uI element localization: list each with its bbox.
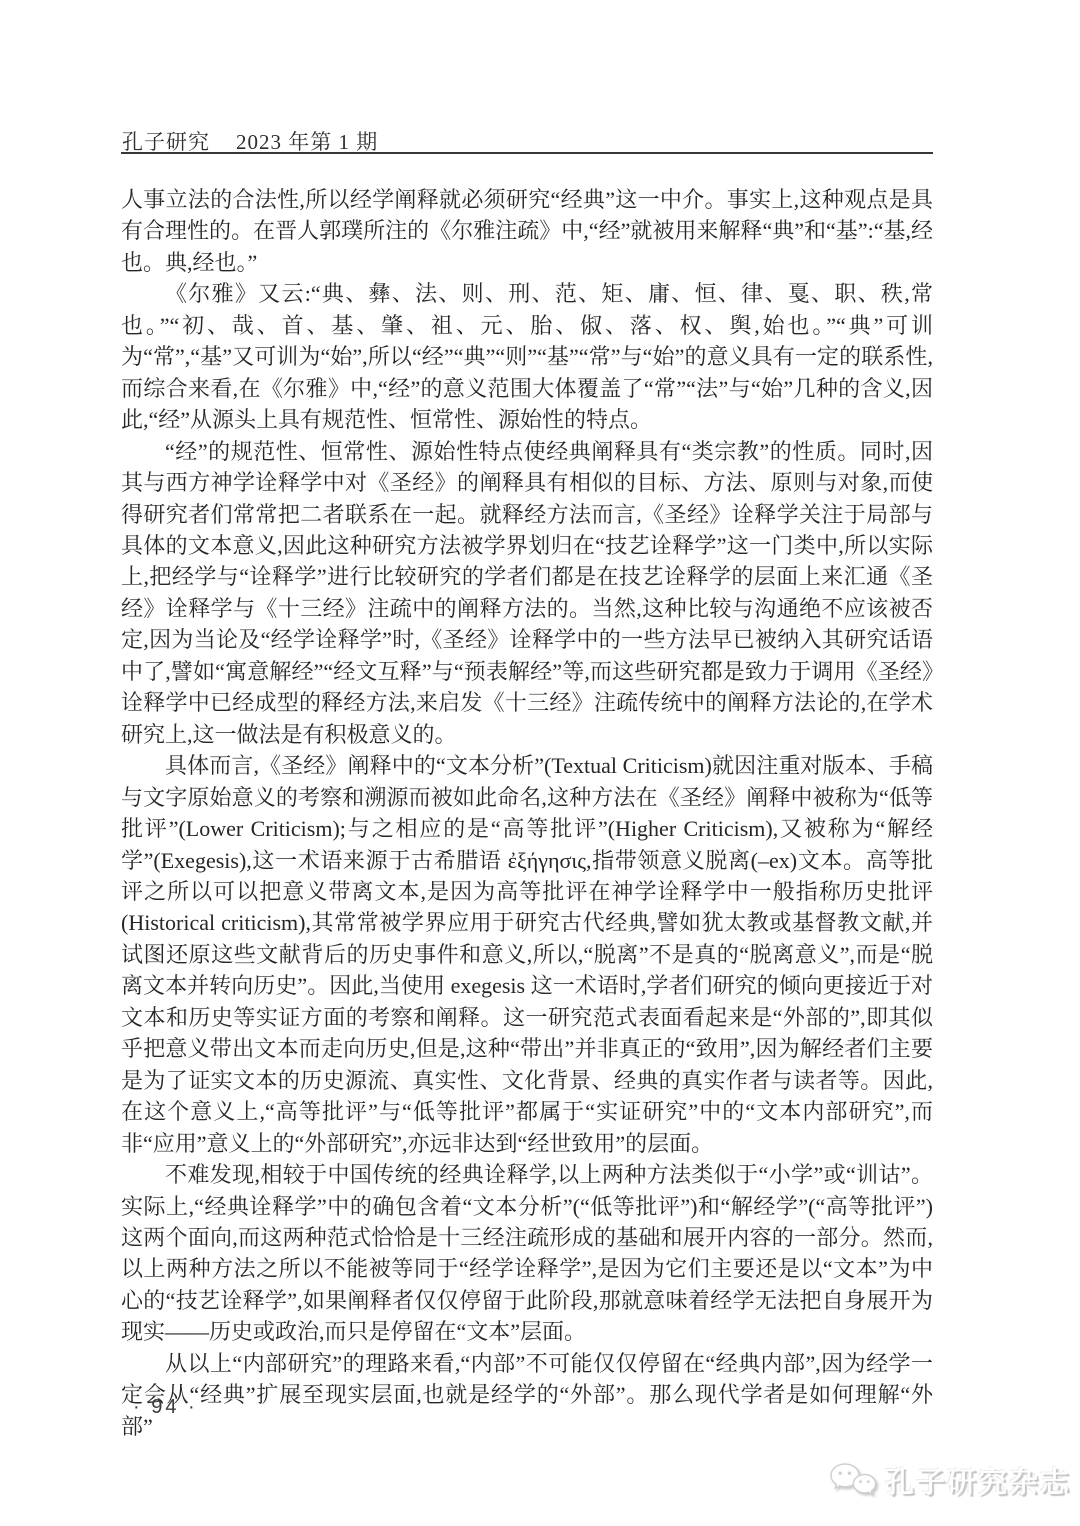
journal-watermark: 孔子研究杂志 bbox=[828, 1460, 1071, 1501]
paragraph-5: 不难发现,相较于中国传统的经典诠释学,以上两种方法类似于“小学”或“训诂”。实际… bbox=[121, 1159, 933, 1348]
wechat-icon bbox=[828, 1461, 878, 1501]
paragraph-2: 《尔雅》又云:“典、彝、法、则、刑、范、矩、庸、恒、律、戛、职、秩,常也。”“初… bbox=[121, 278, 933, 435]
paragraph-4: 具体而言,《圣经》阐释中的“文本分析”(Textual Criticism)就因… bbox=[121, 750, 933, 1159]
article-body: 人事立法的合法性,所以经学阐释就必须研究“经典”这一中介。事实上,这种观点是具有… bbox=[121, 184, 933, 1442]
journal-title: 孔子研究 bbox=[122, 130, 210, 154]
journal-page: 孔子研究2023 年第 1 期 人事立法的合法性,所以经学阐释就必须研究“经典”… bbox=[0, 0, 1080, 1526]
paragraph-1: 人事立法的合法性,所以经学阐释就必须研究“经典”这一中介。事实上,这种观点是具有… bbox=[121, 184, 933, 278]
paragraph-6: 从以上“内部研究”的理路来看,“内部”不可能仅仅停留在“经典内部”,因为经学一定… bbox=[121, 1348, 933, 1442]
paragraph-3: “经”的规范性、恒常性、源始性特点使经典阐释具有“类宗教”的性质。同时,因其与西… bbox=[121, 436, 933, 751]
issue-info: 2023 年第 1 期 bbox=[236, 130, 378, 154]
header-divider bbox=[121, 152, 933, 154]
watermark-label: 孔子研究杂志 bbox=[885, 1460, 1071, 1501]
page-number: · 94 · bbox=[133, 1396, 198, 1419]
